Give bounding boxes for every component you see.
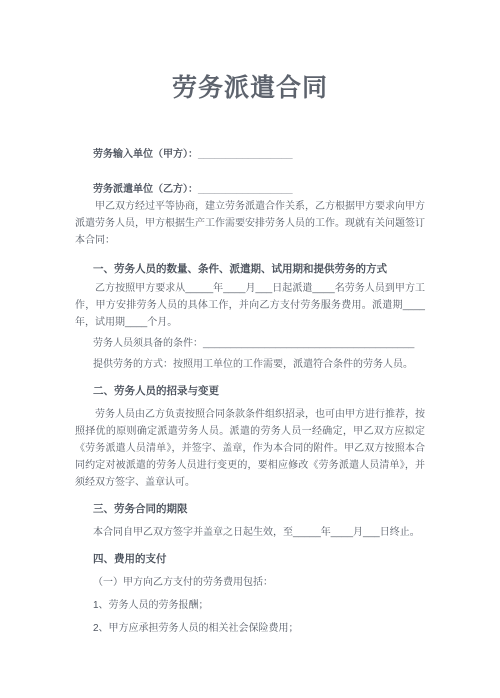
section1-heading: 一、劳务人员的数量、条件、派遣期、试用期和提供劳务的方式: [75, 261, 425, 278]
contract-document-page: 劳务派遣合同 劳务输入单位（甲方）：_________________ 劳务派遣…: [0, 0, 500, 698]
party-b-line: 劳务派遣单位（乙方）：_________________: [75, 181, 425, 198]
fee-items-intro-line: （一）甲方向乙方支付的劳务费用包括：: [75, 574, 425, 591]
fee-item-2-line: 2、甲方应承担劳务人员的相关社会保险费用；: [75, 620, 425, 637]
section3-body-line: 本合同自甲乙双方签字并盖章之日起生效，至_____年____月___日终止。: [75, 524, 425, 541]
contract-content: 劳务派遣合同 劳务输入单位（甲方）：_________________ 劳务派遣…: [0, 73, 500, 637]
conditions-line: 劳务人员须具备的条件：_____________________________…: [75, 335, 425, 352]
conditions-label: 劳务人员须具备的条件：: [93, 338, 203, 349]
party-a-line: 劳务输入单位（甲方）：_________________: [75, 146, 425, 163]
document-title: 劳务派遣合同: [75, 73, 425, 103]
section2-heading: 二、劳务人员的招录与变更: [75, 383, 425, 400]
service-method-line: 提供劳务的方式：按照用工单位的工作需要，派遣符合条件的劳务人员。: [75, 356, 425, 373]
fee-item-1-line: 1、劳务人员的劳务报酬；: [75, 597, 425, 614]
preamble-paragraph: 甲乙双方经过平等协商，建立劳务派遣合作关系，乙方根据甲方要求向甲方派遣劳务人员，…: [75, 198, 425, 249]
section1-body-paragraph: 乙方按照甲方要求从_____年____月___日起派遣____名劳务人员到甲方工…: [75, 280, 425, 331]
section2-body-paragraph: 劳务人员由乙方负责按照合同条款条件组织招录，也可由甲方进行推荐，按照择优的原则确…: [75, 406, 425, 491]
section4-heading: 四、费用的支付: [75, 551, 425, 568]
party-a-label: 劳务输入单位（甲方）：: [93, 149, 198, 160]
conditions-blank-field: ______________________________________: [203, 338, 414, 349]
party-b-label: 劳务派遣单位（乙方）：: [93, 184, 198, 195]
section3-heading: 三、劳务合同的期限: [75, 501, 425, 518]
party-b-blank-field: _________________: [198, 184, 293, 195]
party-a-blank-field: _________________: [198, 149, 293, 160]
